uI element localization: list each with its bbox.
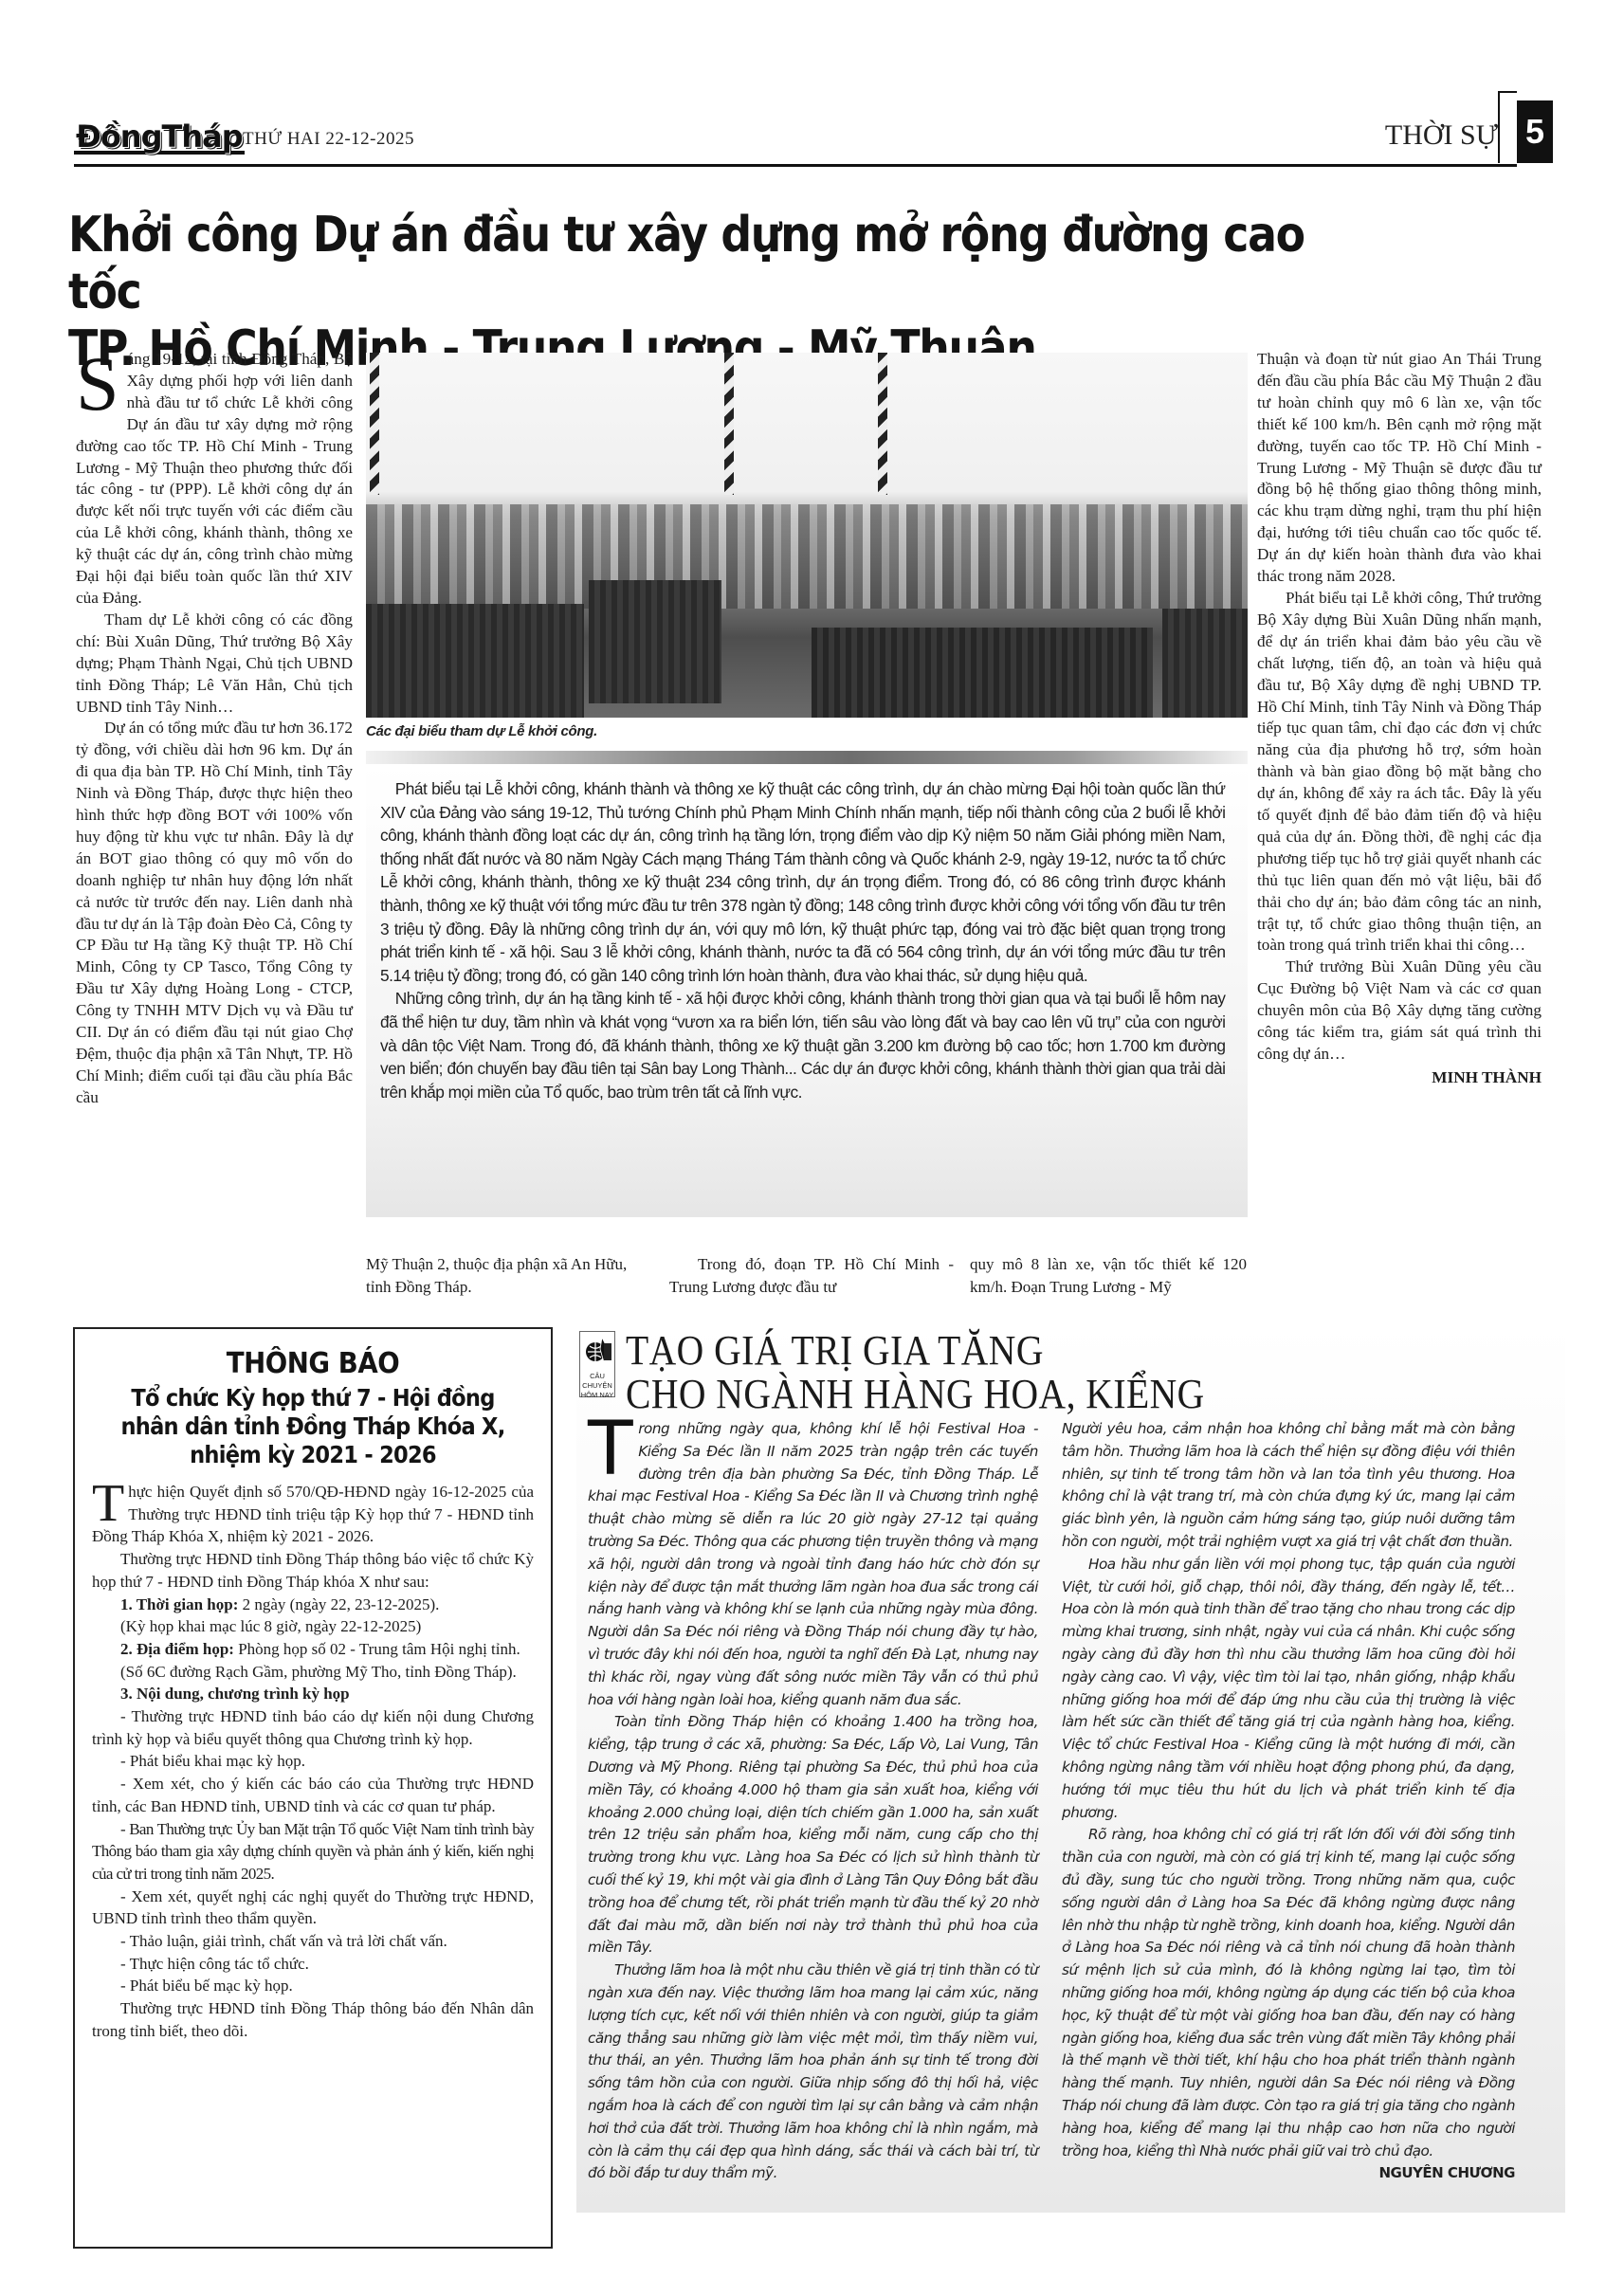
- feature-title: TẠO GIÁ TRỊ GIA TĂNG CHO NGÀNH HÀNG HOA,…: [626, 1329, 1205, 1416]
- notice-item-place: 2. Địa điểm họp: Phòng họp số 02 - Trung…: [92, 1638, 534, 1661]
- feature-title-line-1: TẠO GIÁ TRỊ GIA TĂNG: [626, 1329, 1205, 1373]
- notice-closing: Thường trực HĐND tỉnh Đồng Tháp thông bá…: [92, 1997, 534, 2042]
- agenda-item: - Thực hiện công tác tổ chức.: [92, 1953, 534, 1976]
- item-value: 2 ngày (ngày 22, 23-12-2025).: [238, 1595, 439, 1613]
- column-logo: CÂU CHUYỆN HÔM NAY: [579, 1331, 615, 1397]
- feature-paragraph: Toàn tỉnh Đồng Tháp hiện có khoảng 1.400…: [588, 1711, 1038, 1959]
- masthead: ĐồngTháp THỨ HAI 22-12-2025 THỜI SỰ 5: [74, 114, 1553, 159]
- feature-title-line-2: CHO NGÀNH HÀNG HOA, KIỂNG: [626, 1373, 1205, 1416]
- photo-table: [812, 628, 1153, 718]
- photo-caption: Các đại biểu tham dự Lễ khởi công.: [366, 723, 597, 739]
- agenda-item: - Xem xét, quyết nghị các nghị quyết do …: [92, 1886, 534, 1930]
- paragraph: Tham dự Lễ khởi công có các đồng chí: Bù…: [76, 610, 353, 719]
- notice-paragraph: Thực hiện Quyết định số 570/QĐ-HĐND ngày…: [92, 1481, 534, 1548]
- feature-story: CÂU CHUYỆN HÔM NAY TẠO GIÁ TRỊ GIA TĂNG …: [576, 1323, 1565, 2213]
- section-title: THỜI SỰ: [1385, 119, 1498, 152]
- item-label: 3. Nội dung, chương trình kỳ họp: [120, 1685, 350, 1703]
- globe-pen-icon: [585, 1336, 611, 1368]
- newspaper-logo: ĐồngTháp: [74, 118, 245, 155]
- feature-paragraph: Rõ ràng, hoa không chỉ có giá trị rất lớ…: [1062, 1824, 1515, 2162]
- item-value: Phòng họp số 02 - Trung tâm Hội nghị tỉn…: [234, 1640, 520, 1658]
- photo-table: [366, 604, 584, 718]
- paragraph: Thuận và đoạn từ nút giao An Thái Trung …: [1257, 349, 1542, 588]
- notice-item-note: (Kỳ họp khai mạc lúc 8 giờ, ngày 22-12-2…: [92, 1615, 534, 1638]
- byline: MINH THÀNH: [1257, 1067, 1542, 1089]
- page-tab-frame: [1498, 91, 1517, 163]
- paragraph: Dự án có tổng mức đầu tư hơn 36.172 tỷ đ…: [76, 718, 353, 1108]
- highlight-box: Phát biểu tại Lễ khởi công, khánh thành …: [366, 764, 1248, 1217]
- paragraph: Phát biểu tại Lễ khởi công, Thứ trưởng B…: [1257, 588, 1542, 957]
- notice-subtitle: Tổ chức Kỳ họp thứ 7 - Hội đồng nhân dân…: [110, 1384, 517, 1469]
- article-right-column: Thuận và đoạn từ nút giao An Thái Trung …: [1257, 349, 1542, 1089]
- photo-pole: [370, 353, 379, 495]
- item-label: 2. Địa điểm họp:: [120, 1640, 234, 1658]
- photo-table: [1162, 609, 1248, 718]
- highlight-paragraph: Những công trình, dự án hạ tầng kinh tế …: [380, 987, 1225, 1103]
- dropcap: T: [588, 1420, 632, 1479]
- notice-title: THÔNG BÁO: [110, 1346, 517, 1382]
- masthead-rule: [74, 164, 1517, 167]
- item-label: 1. Thời gian họp:: [120, 1595, 238, 1613]
- notice-paragraph: Thường trực HĐND tỉnh Đồng Tháp thông bá…: [92, 1548, 534, 1593]
- feature-paragraph: Người yêu hoa, cảm nhận hoa không chỉ bằ…: [1062, 1418, 1515, 1554]
- feature-paragraph: Hoa hầu như gắn liền với mọi phong tục, …: [1062, 1554, 1515, 1825]
- continuation-text-2: Trong đó, đoạn TP. Hồ Chí Minh - Trung L…: [669, 1253, 954, 1299]
- continuation-text-1: Mỹ Thuận 2, thuộc địa phận xã An Hữu, tỉ…: [366, 1253, 650, 1299]
- continuation-text-3: quy mô 8 làn xe, vận tốc thiết kế 120 km…: [970, 1253, 1247, 1299]
- feature-paragraph: Trong những ngày qua, không khí lễ hội F…: [588, 1418, 1038, 1711]
- photo-pole: [724, 353, 734, 495]
- notice-body: Thực hiện Quyết định số 570/QĐ-HĐND ngày…: [92, 1481, 534, 2043]
- agenda-item: - Phát biểu khai mạc kỳ họp.: [92, 1750, 534, 1773]
- paragraph-text: rong những ngày qua, không khí lễ hội Fe…: [588, 1420, 1038, 1708]
- article-left-column: Sáng 19-12, tại tỉnh Đồng Tháp, Bộ Xây d…: [76, 349, 353, 1109]
- paragraph-text: Rõ ràng, hoa không chỉ có giá trị rất lớ…: [1062, 1826, 1515, 2159]
- photo-pole: [878, 353, 887, 495]
- notice-item-time: 1. Thời gian họp: 2 ngày (ngày 22, 23-12…: [92, 1594, 534, 1616]
- page-number: 5: [1517, 100, 1553, 163]
- column-logo-label: CÂU CHUYỆN HÔM NAY: [580, 1372, 614, 1400]
- byline: NGUYÊN CHƯƠNG: [1353, 2162, 1516, 2185]
- feature-column-2: Người yêu hoa, cảm nhận hoa không chỉ bằ…: [1062, 1418, 1515, 2185]
- lead-paragraph: Sáng 19-12, tại tỉnh Đồng Tháp, Bộ Xây d…: [76, 349, 353, 610]
- highlight-paragraph: Phát biểu tại Lễ khởi công, khánh thành …: [380, 777, 1225, 987]
- notice-item-note: (Số 6C đường Rạch Gầm, phường Mỹ Tho, tỉ…: [92, 1661, 534, 1684]
- feature-paragraph: Thưởng lãm hoa là một nhu cầu thiên về g…: [588, 1959, 1038, 2185]
- agenda-item: - Phát biểu bế mạc kỳ họp.: [92, 1975, 534, 1997]
- highlight-divider: [366, 751, 1248, 764]
- article-photo: [366, 353, 1248, 718]
- dropcap: S: [76, 353, 119, 415]
- agenda-item: - Ban Thường trực Ủy ban Mặt trận Tổ quố…: [92, 1818, 534, 1886]
- notice-item-agenda: 3. Nội dung, chương trình kỳ họp: [92, 1683, 534, 1705]
- agenda-item: - Thường trực HĐND tỉnh báo cáo dự kiến …: [92, 1705, 534, 1750]
- notice-box: THÔNG BÁO Tổ chức Kỳ họp thứ 7 - Hội đồn…: [73, 1327, 553, 2249]
- agenda-item: - Xem xét, cho ý kiến các báo cáo của Th…: [92, 1773, 534, 1817]
- dropcap: T: [92, 1483, 124, 1524]
- photo-audience: [366, 504, 1248, 609]
- headline-line-1: Khởi công Dự án đầu tư xây dựng mở rộng …: [68, 207, 1386, 320]
- feature-column-1: Trong những ngày qua, không khí lễ hội F…: [588, 1418, 1038, 2185]
- photo-table: [589, 580, 721, 703]
- paragraph-text: hực hiện Quyết định số 570/QĐ-HĐND ngày …: [92, 1483, 534, 1545]
- agenda-item: - Thảo luận, giải trình, chất vấn và trả…: [92, 1930, 534, 1953]
- paragraph: Thứ trưởng Bùi Xuân Dũng yêu cầu Cục Đườ…: [1257, 957, 1542, 1066]
- issue-date: THỨ HAI 22-12-2025: [243, 129, 414, 150]
